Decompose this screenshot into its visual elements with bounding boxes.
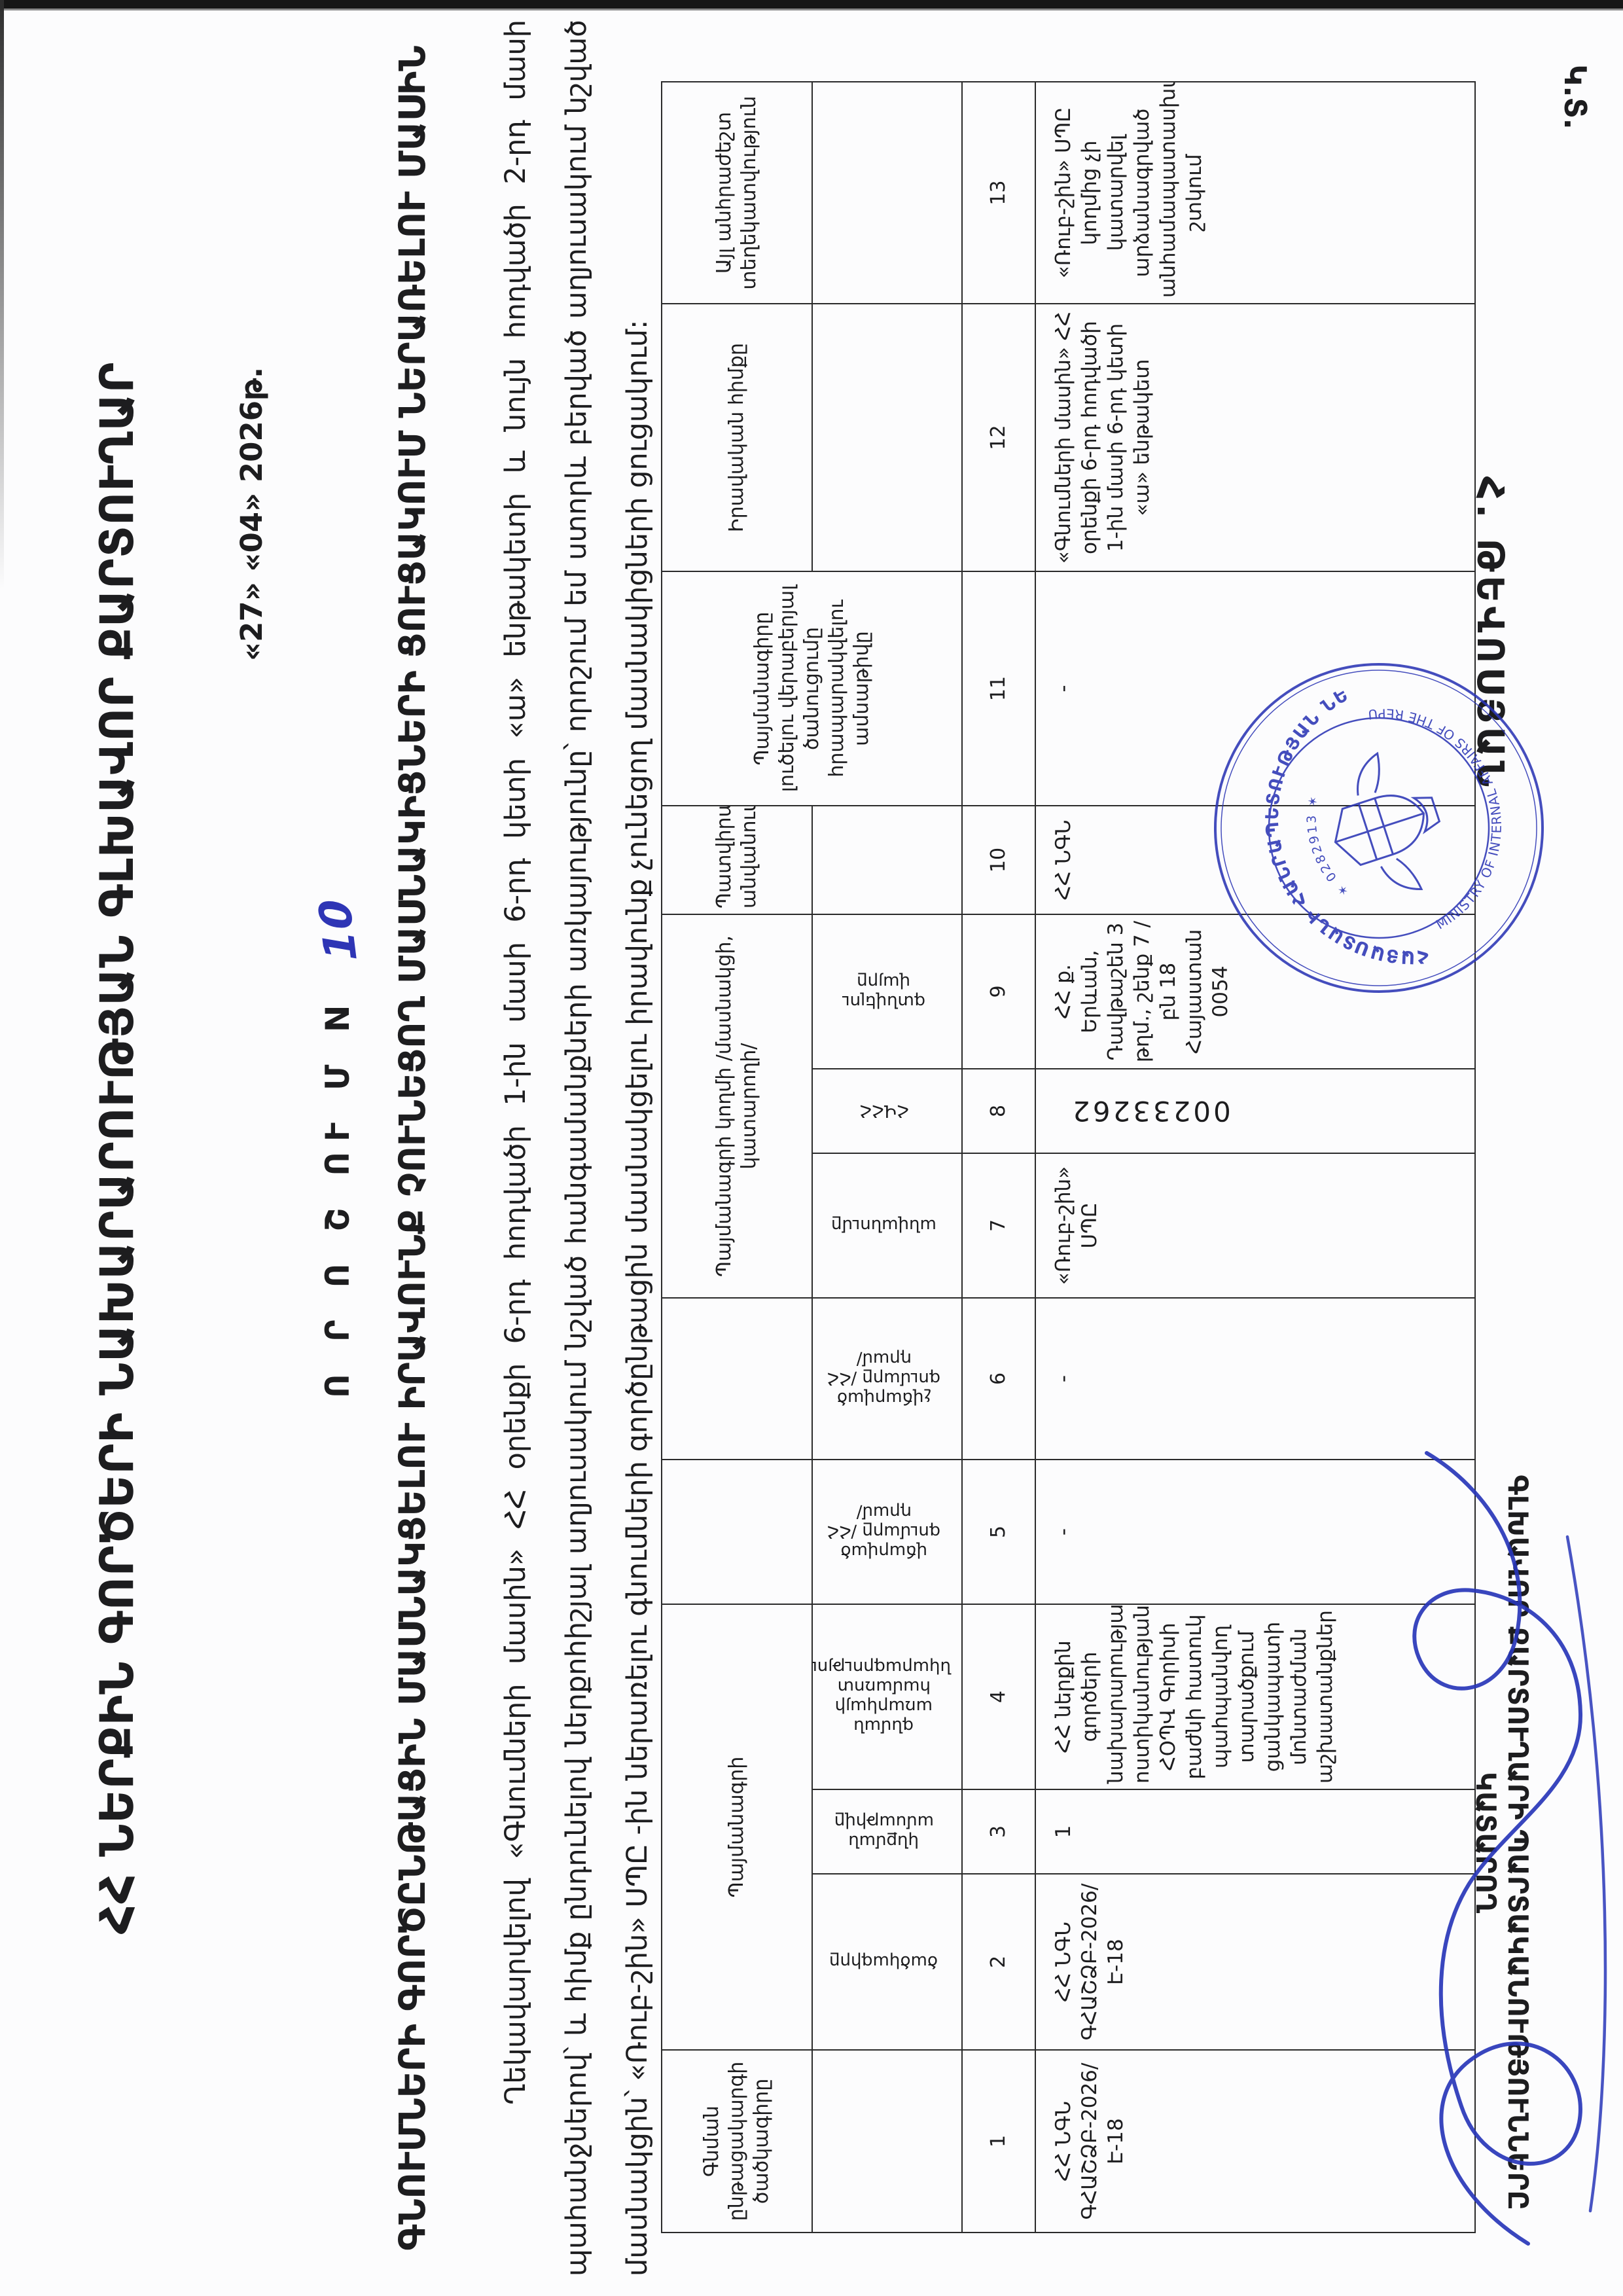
subheader-col13-blank	[812, 82, 962, 304]
header-col12: Իրավական հիմքը	[662, 304, 812, 571]
colnum-13: 13	[962, 82, 1035, 304]
signature-scribble	[1332, 1426, 1623, 2289]
colnum-9: 9	[962, 914, 1035, 1069]
subheader-col2: ծածկագիրը	[812, 1874, 962, 2050]
document-landscape: ՀՀ ՆԵՐՔԻՆ ԳՈՐԾԵՐԻ ՆԱԽԱՐԱՐՈՒԹՅԱՆ ԳԼԽԱՎՈՐ …	[0, 0, 1623, 2296]
official-stamp: ՀԱՅԱՍՏԱՆԻ ՀԱՆՐԱՊԵՏՈՒԹՅԱՆ ՆԵՐՔԻՆ ԳՈՐԾԵՐԻ …	[1205, 655, 1552, 1001]
subheader-col6: չվճարված գումարը /ՀՀ դրամ/	[812, 1298, 962, 1460]
subheader-col1-blank	[812, 2050, 962, 2233]
document-date: «27» «04» 2026թ.	[234, 367, 269, 661]
data-other-info: «Ռուբ-շին» ՍՊԸ կողմից չի կատարվել արձանա…	[1035, 82, 1475, 304]
subheader-col5: վճարված գումարը /ՀՀ դրամ/	[812, 1460, 962, 1604]
data-party-tin: 00233262	[1035, 1069, 1475, 1153]
header-group-contract: Պայմանագրի	[662, 1604, 812, 2050]
colnum-11: 11	[962, 571, 1035, 806]
header-group-party: Պայմանագրի կողմի /մասնակցի, կատարողի/	[662, 914, 812, 1298]
subheader-col7: անվանումը	[812, 1153, 962, 1298]
colnum-2: 2	[962, 1874, 1035, 2050]
colnum-5: 5	[962, 1460, 1035, 1604]
scan-edge-artifact-top2	[0, 9, 1623, 10]
header-col13: Այլ անհրաժեշտ տեղեկատվություն	[662, 82, 812, 304]
subheader-col3: կնքման ամսաթիվը	[812, 1789, 962, 1874]
header-col1: Գնման ընթացակարգի ծածկագիրը	[662, 2050, 812, 2233]
subheader-col8: ՀՎՀՀ	[812, 1069, 962, 1153]
header-col5-blank	[662, 1460, 812, 1604]
subheader-col12-blank	[812, 304, 962, 571]
subheader-col9: գտնվելու վայրը	[812, 914, 962, 1069]
colnum-7: 7	[962, 1153, 1035, 1298]
seal-place-mark: Կ.Տ.	[1558, 64, 1593, 130]
header-col11: Պայմանագիրը լուծելու վերաբերյալ ծանուցու…	[662, 571, 962, 806]
subject-heading: ԳՆՈՒՄՆԵՐԻ ԳՈՐԾԸՆԹԱՑԻՆ ՄԱՍՆԱԿՑԵԼՈՒ ԻՐԱՎՈՒ…	[391, 0, 433, 2296]
body-paragraph: Ղեկավարվելով «Գնումների մասին» ՀՀ օրենքի…	[486, 20, 668, 2276]
header-col10: Պատվիրատուի անվանումը	[662, 806, 812, 914]
data-party-name: «Ռուբ-շին» ՍՊԸ	[1035, 1153, 1475, 1298]
subheader-col10-blank	[812, 806, 962, 914]
colnum-8: 8	[962, 1069, 1035, 1153]
colnum-4: 4	[962, 1604, 1035, 1789]
decision-label: Ո Ր Ո Շ ՈՒ Մ N	[319, 994, 357, 1397]
subheader-col4: գնման առարկայի համառոտ նկարագրությունը	[812, 1604, 962, 1789]
decision-line: Ո Ր Ո Շ ՈՒ Մ N 10	[313, 0, 363, 2296]
scanned-page: ՀՀ ՆԵՐՔԻՆ ԳՈՐԾԵՐԻ ՆԱԽԱՐԱՐՈՒԹՅԱՆ ԳԼԽԱՎՈՐ …	[0, 0, 1623, 2296]
header-col6-blank	[662, 1298, 812, 1460]
decision-number-handwritten: 10	[309, 898, 367, 961]
scan-edge-artifact-left	[0, 0, 4, 589]
data-legal-basis: «Գնումների մասին» ՀՀ օրենքի 6-րդ հոդվածի…	[1035, 304, 1475, 571]
colnum-12: 12	[962, 304, 1035, 571]
colnum-3: 3	[962, 1789, 1035, 1874]
colnum-10: 10	[962, 806, 1035, 914]
page-title: ՀՀ ՆԵՐՔԻՆ ԳՈՐԾԵՐԻ ՆԱԽԱՐԱՐՈՒԹՅԱՆ ԳԼԽԱՎՈՐ …	[90, 0, 144, 2296]
colnum-1: 1	[962, 2050, 1035, 2233]
colnum-6: 6	[962, 1298, 1035, 1460]
scan-edge-artifact-top	[0, 0, 1623, 9]
